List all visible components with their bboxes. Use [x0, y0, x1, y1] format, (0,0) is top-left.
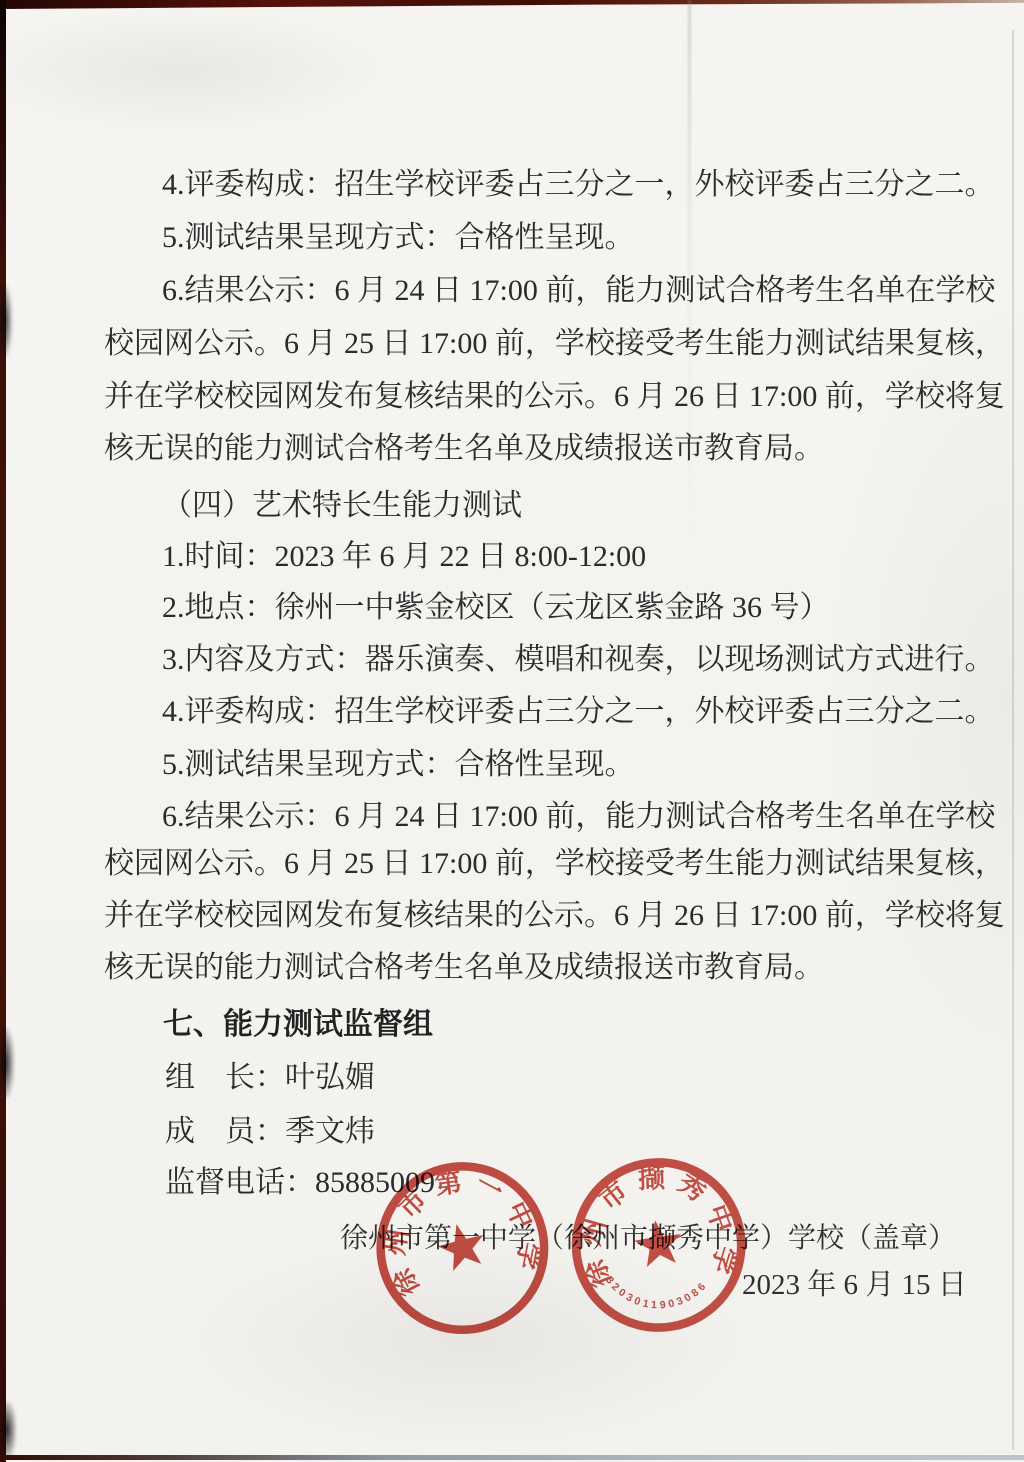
- group-leader-line: 组 长：叶弘媚: [165, 1061, 375, 1095]
- paragraph-line: 1.时间：2023 年 6 月 22 日 8:00-12:00: [162, 540, 646, 574]
- stamp-right-svg: 徐州市撷秀中学 3203011903086: [550, 1134, 768, 1357]
- official-stamp-left: 徐州市第一中学: [347, 1130, 580, 1371]
- section-heading: 七、能力测试监督组: [163, 1008, 433, 1042]
- paragraph-line: 3.内容及方式：器乐演奏、模唱和视奏，以现场测试方式进行。: [162, 643, 995, 677]
- group-member-line: 成 员：季文炜: [165, 1115, 375, 1149]
- scan-edge-bottom: [0, 1455, 1024, 1460]
- paragraph-line: 并在学校校园网发布复核结果的公示。6 月 26 日 17:00 前，学校将复: [104, 380, 1005, 414]
- paragraph-line: 核无误的能力测试合格考生名单及成绩报送市教育局。: [104, 432, 824, 466]
- paragraph-line: 并在学校校园网发布复核结果的公示。6 月 26 日 17:00 前，学校将复: [104, 899, 1005, 933]
- scanned-document-page: 4.评委构成：招生学校评委占三分之一，外校评委占三分之二。 5.测试结果呈现方式…: [0, 0, 1024, 1462]
- paragraph-line: 5.测试结果呈现方式：合格性呈现。: [162, 221, 635, 255]
- date-line: 2023 年 6 月 15 日: [742, 1268, 967, 1302]
- paragraph-line: 6.结果公示：6 月 24 日 17:00 前，能力测试合格考生名单在学校: [162, 274, 995, 308]
- scan-smudge: [2, 1402, 16, 1458]
- stamp-serial-number: 3203011903086: [602, 1261, 713, 1319]
- scan-smudge: [0, 285, 12, 357]
- paragraph-line: 核无误的能力测试合格考生名单及成绩报送市教育局。: [104, 951, 824, 985]
- paragraph-line: 校园网公示。6 月 25 日 17:00 前，学校接受考生能力测试结果复核，: [104, 847, 1005, 881]
- paper-edge-right: [1012, 30, 1014, 1450]
- scan-smudge: [1, 1028, 14, 1098]
- star-icon: [632, 1217, 685, 1268]
- paragraph-line: 2.地点：徐州一中紫金校区（云龙区紫金路 36 号）: [162, 591, 830, 625]
- paragraph-line: 校园网公示。6 月 25 日 17:00 前，学校接受考生能力测试结果复核，: [104, 327, 1005, 361]
- section-subheading: （四）艺术特长生能力测试: [162, 489, 522, 523]
- paragraph-line: 4.评委构成：招生学校评委占三分之一，外校评委占三分之二。: [162, 168, 995, 202]
- scan-edge-left: [0, 0, 6, 1462]
- official-stamp-right: 徐州市撷秀中学 3203011903086: [550, 1134, 768, 1362]
- paragraph-line: 4.评委构成：招生学校评委占三分之一，外校评委占三分之二。: [162, 695, 995, 729]
- paper-crease: [688, 0, 691, 540]
- paragraph-line: 5.测试结果呈现方式：合格性呈现。: [162, 748, 635, 782]
- star-icon: [434, 1218, 490, 1273]
- paragraph-line: 6.结果公示：6 月 24 日 17:00 前，能力测试合格考生名单在学校: [162, 800, 995, 834]
- scan-edge-top: [0, 0, 1024, 9]
- svg-text:3203011903086: 3203011903086: [602, 1261, 713, 1319]
